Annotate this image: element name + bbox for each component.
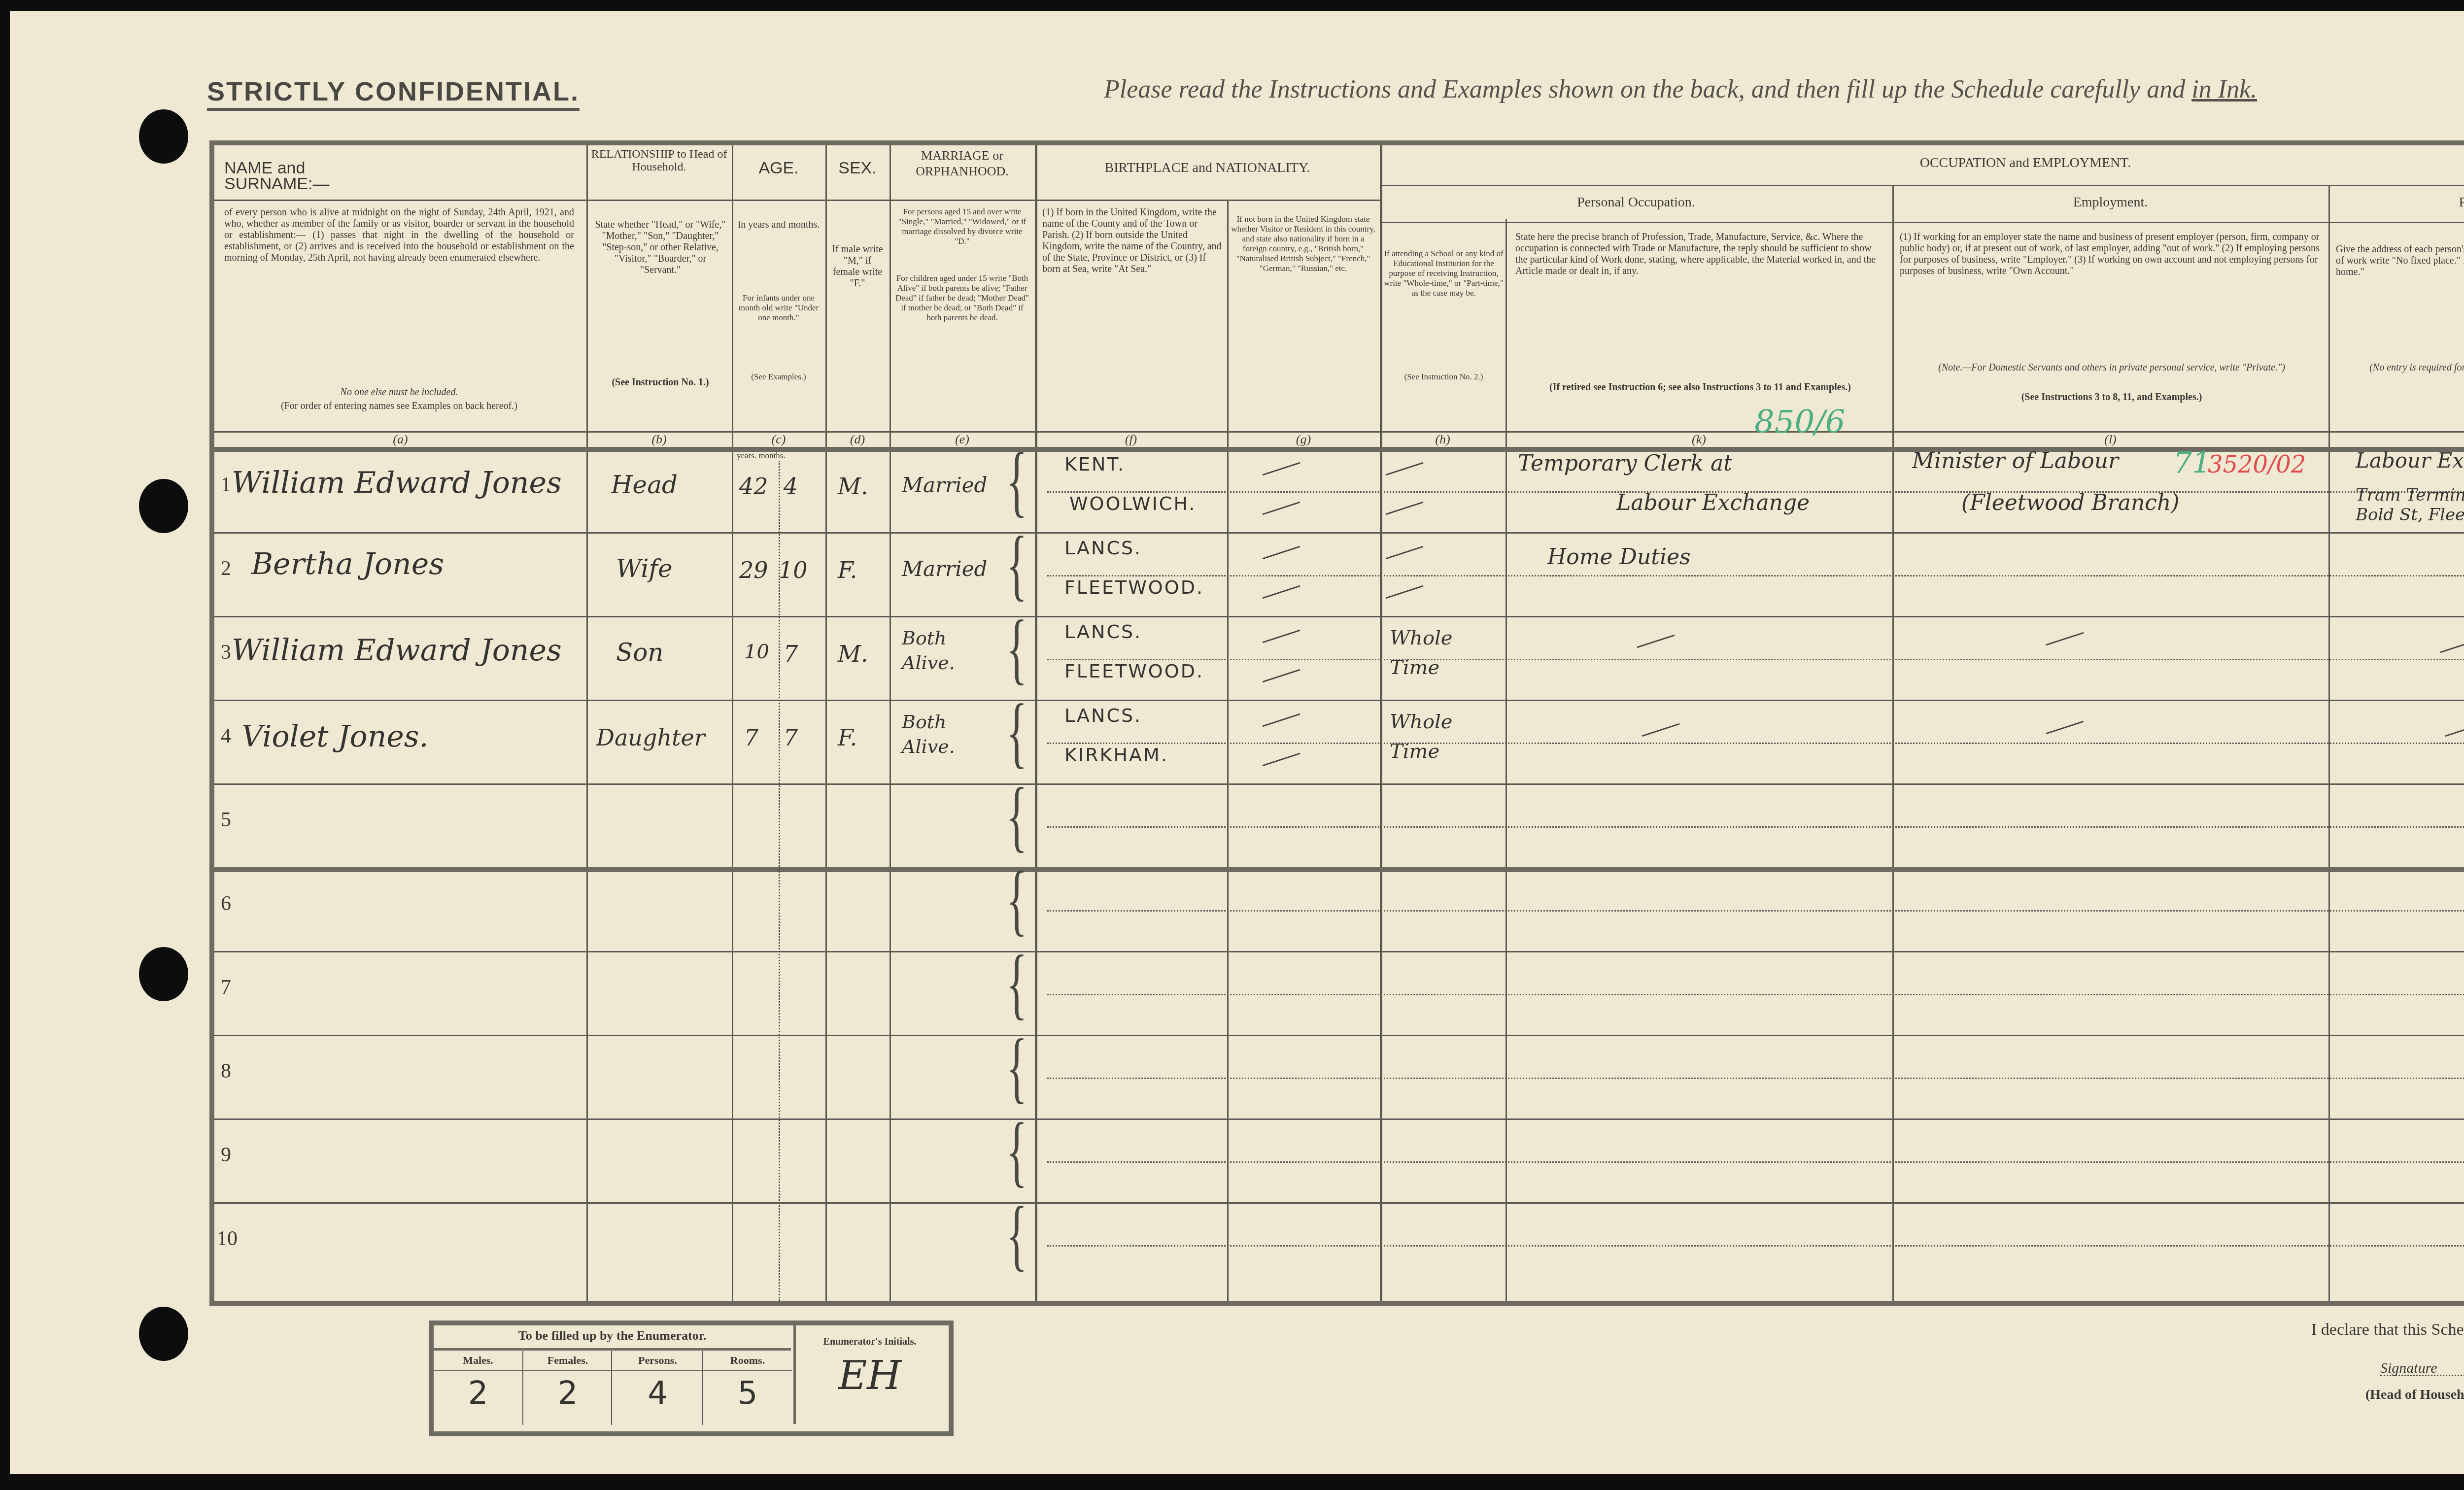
- col-a-desc: of every person who is alive at midnight…: [224, 207, 574, 264]
- col-b-title: RELATIONSHIP to Head of Household.: [589, 148, 729, 173]
- relationship: Wife: [616, 554, 673, 583]
- col-k-desc: State here the precise branch of Profess…: [1515, 232, 1885, 277]
- employment-title: Employment.: [1895, 195, 2326, 210]
- person-name: Bertha Jones: [251, 547, 444, 581]
- signature-label: Signature: [2380, 1360, 2437, 1377]
- col-b-desc: State whether "Head," or "Wife," "Mother…: [594, 219, 727, 276]
- occupation-line1: Home Duties: [1547, 544, 1691, 570]
- col-k-note: (If retired see Instruction 6; see also …: [1515, 382, 1885, 393]
- age-years: 29: [739, 557, 768, 583]
- declaration-text: I declare that this Schedule is correctl…: [2311, 1321, 2464, 1339]
- col-a-note: No one else must be included.: [224, 387, 574, 398]
- col-c-note: For infants under one month old write "U…: [737, 293, 821, 323]
- age-months: 10: [779, 557, 808, 583]
- col-h-desc: If attending a School or any kind of Edu…: [1383, 249, 1504, 298]
- col-letter: (c): [732, 432, 825, 447]
- workplace-line1: Labour Exchange,: [2356, 448, 2464, 473]
- enumerator-summary-box: To be filled up by the Enumerator. Males…: [429, 1321, 954, 1436]
- age-years: 7: [744, 724, 758, 751]
- person-name: Violet Jones.: [241, 719, 429, 754]
- birth-town: FLEETWOOD.: [1064, 660, 1204, 682]
- place-of-work-title: Place of Work.: [2331, 195, 2464, 210]
- row-number: 7: [221, 976, 231, 999]
- col-h-note: (See Instruction No. 2.): [1383, 372, 1504, 382]
- col-letter: (b): [586, 432, 732, 447]
- col-m-desc: Give the address of each person's place …: [2336, 244, 2464, 278]
- occupation-code-annotation: 850/6: [1754, 404, 1845, 440]
- col-l-desc: (1) If working for an employer state the…: [1900, 232, 2324, 277]
- punch-hole: [139, 947, 188, 1001]
- row-number: 10: [217, 1227, 238, 1251]
- relationship: Head: [611, 471, 678, 499]
- col-letter: (a): [214, 432, 586, 447]
- relationship: Son: [616, 638, 664, 667]
- col-b-note: (See Instruction No. 1.): [594, 377, 727, 388]
- occupation-title: OCCUPATION and EMPLOYMENT.: [1382, 155, 2464, 171]
- occupation-line1: Temporary Clerk at: [1518, 451, 1732, 476]
- persons-value: 4: [612, 1375, 703, 1412]
- occupation-line2: Labour Exchange: [1616, 490, 1810, 515]
- col-letter: (d): [825, 432, 890, 447]
- punch-hole: [139, 479, 188, 533]
- col-d-title: SEX.: [828, 160, 887, 176]
- household-schedule-table: NAME and SURNAME:— of every person who i…: [209, 140, 2464, 1306]
- col-g-desc: If not born in the United Kingdom state …: [1231, 214, 1376, 273]
- punch-hole: [139, 1307, 188, 1361]
- person-name: William Edward Jones: [232, 633, 562, 668]
- instructions-line: Please read the Instructions and Example…: [1104, 75, 2257, 104]
- school-attendance: Whole Time: [1390, 623, 1444, 682]
- col-e-title: MARRIAGE or ORPHANHOOD.: [892, 148, 1032, 179]
- col-m-note: (No entry is required for any person who…: [2336, 362, 2464, 373]
- males-cell: Males. 2: [434, 1351, 522, 1425]
- marriage: Both Alive.: [902, 626, 951, 675]
- col-l-note2: (See Instructions 3 to 8, 11, and Exampl…: [1900, 392, 2324, 403]
- row-number: 3: [221, 641, 231, 664]
- enumerator-initials-cell: Enumerator's Initials. EH: [793, 1325, 944, 1424]
- row-number: 5: [221, 808, 231, 832]
- col-letter: (f): [1035, 432, 1227, 447]
- workplace-line3: Bold St, Fleetwood.: [2356, 505, 2464, 525]
- marriage: Both Alive.: [902, 710, 951, 759]
- col-c-title: AGE.: [734, 160, 823, 176]
- employer-line1: Minister of Labour: [1912, 448, 2119, 474]
- row-number: 1: [221, 473, 231, 497]
- row-number: 4: [221, 724, 231, 748]
- school-attendance: Whole Time: [1390, 707, 1444, 766]
- row-number: 2: [221, 557, 231, 580]
- col-letter: (g): [1227, 432, 1380, 447]
- col-c-desc: In years and months.: [737, 219, 821, 231]
- row-number: 8: [221, 1059, 231, 1083]
- col-c-note2: (See Examples.): [737, 372, 821, 382]
- age-months: 7: [784, 641, 798, 667]
- females-label: Females.: [523, 1351, 612, 1371]
- sex: M.: [838, 641, 868, 667]
- age-years: 42: [739, 473, 768, 500]
- confidential-title: STRICTLY CONFIDENTIAL.: [207, 76, 580, 111]
- industry-code-annotation: 3520/02: [2208, 451, 2306, 478]
- age-years: 10: [744, 641, 769, 663]
- sex: F.: [838, 724, 857, 751]
- col-f-desc: (1) If born in the United Kingdom, write…: [1042, 207, 1225, 275]
- males-label: Males.: [434, 1351, 522, 1371]
- col-a-title: NAME and SURNAME:—: [224, 160, 382, 192]
- age-months: 7: [784, 724, 798, 751]
- signature-caption: (Head of Household, Manager of Establish…: [2365, 1387, 2464, 1403]
- personal-occupation-title: Personal Occupation.: [1382, 195, 1890, 210]
- col-letter: (m): [2328, 432, 2464, 447]
- females-value: 2: [523, 1375, 612, 1412]
- sex: M.: [838, 473, 868, 500]
- person-name: William Edward Jones: [232, 466, 562, 500]
- employer-code-annotation: 71: [2173, 446, 2211, 480]
- in-ink-text: in Ink.: [2191, 75, 2257, 103]
- col-e-note: For children aged under 15 write "Both A…: [894, 273, 1030, 323]
- col-e-desc: For persons aged 15 and over write "Sing…: [894, 207, 1030, 246]
- birth-county: LANCS.: [1064, 705, 1142, 726]
- instructions-text: Please read the Instructions and Example…: [1104, 75, 2191, 103]
- rooms-value: 5: [703, 1375, 792, 1412]
- age-subheader: years. months.: [737, 451, 825, 461]
- males-value: 2: [434, 1375, 522, 1412]
- signature-line: [2380, 1375, 2464, 1376]
- employer-line2: (Fleetwood Branch): [1961, 490, 2179, 515]
- enumerator-box-title: To be filled up by the Enumerator.: [434, 1325, 791, 1351]
- birth-county: LANCS.: [1064, 621, 1142, 643]
- row-number: 6: [221, 892, 231, 915]
- col-letter: (h): [1380, 432, 1506, 447]
- birth-town: WOOLWICH.: [1069, 493, 1196, 514]
- months-label: months.: [758, 451, 785, 460]
- birthplace-title: BIRTHPLACE and NATIONALITY.: [1037, 160, 1377, 176]
- sex: F.: [838, 557, 857, 583]
- row-number: 9: [221, 1143, 231, 1167]
- marriage: Married: [902, 473, 987, 497]
- punch-hole: [139, 109, 188, 164]
- persons-cell: Persons. 4: [611, 1351, 703, 1425]
- birth-town: KIRKHAM.: [1064, 744, 1168, 766]
- relationship: Daughter: [596, 724, 705, 751]
- females-cell: Females. 2: [522, 1351, 612, 1425]
- birth-town: FLEETWOOD.: [1064, 576, 1204, 598]
- persons-label: Persons.: [612, 1351, 703, 1371]
- col-letter: (l): [1892, 432, 2328, 447]
- col-a-note2: (For order of entering names see Example…: [224, 401, 574, 412]
- years-label: years.: [737, 451, 756, 460]
- birth-county: LANCS.: [1064, 537, 1142, 559]
- workplace-line2: Tram Terminus Waiting Rm,: [2356, 485, 2464, 505]
- initials-value: EH: [796, 1353, 944, 1398]
- rooms-label: Rooms.: [703, 1351, 792, 1371]
- col-d-desc: If male write "M," if female write "F.": [830, 244, 885, 289]
- age-months: 4: [784, 473, 798, 500]
- birth-county: KENT.: [1064, 453, 1125, 475]
- col-l-note: (Note.—For Domestic Servants and others …: [1900, 362, 2324, 373]
- marriage: Married: [902, 557, 987, 581]
- initials-label: Enumerator's Initials.: [796, 1325, 944, 1348]
- rooms-cell: Rooms. 5: [702, 1351, 792, 1425]
